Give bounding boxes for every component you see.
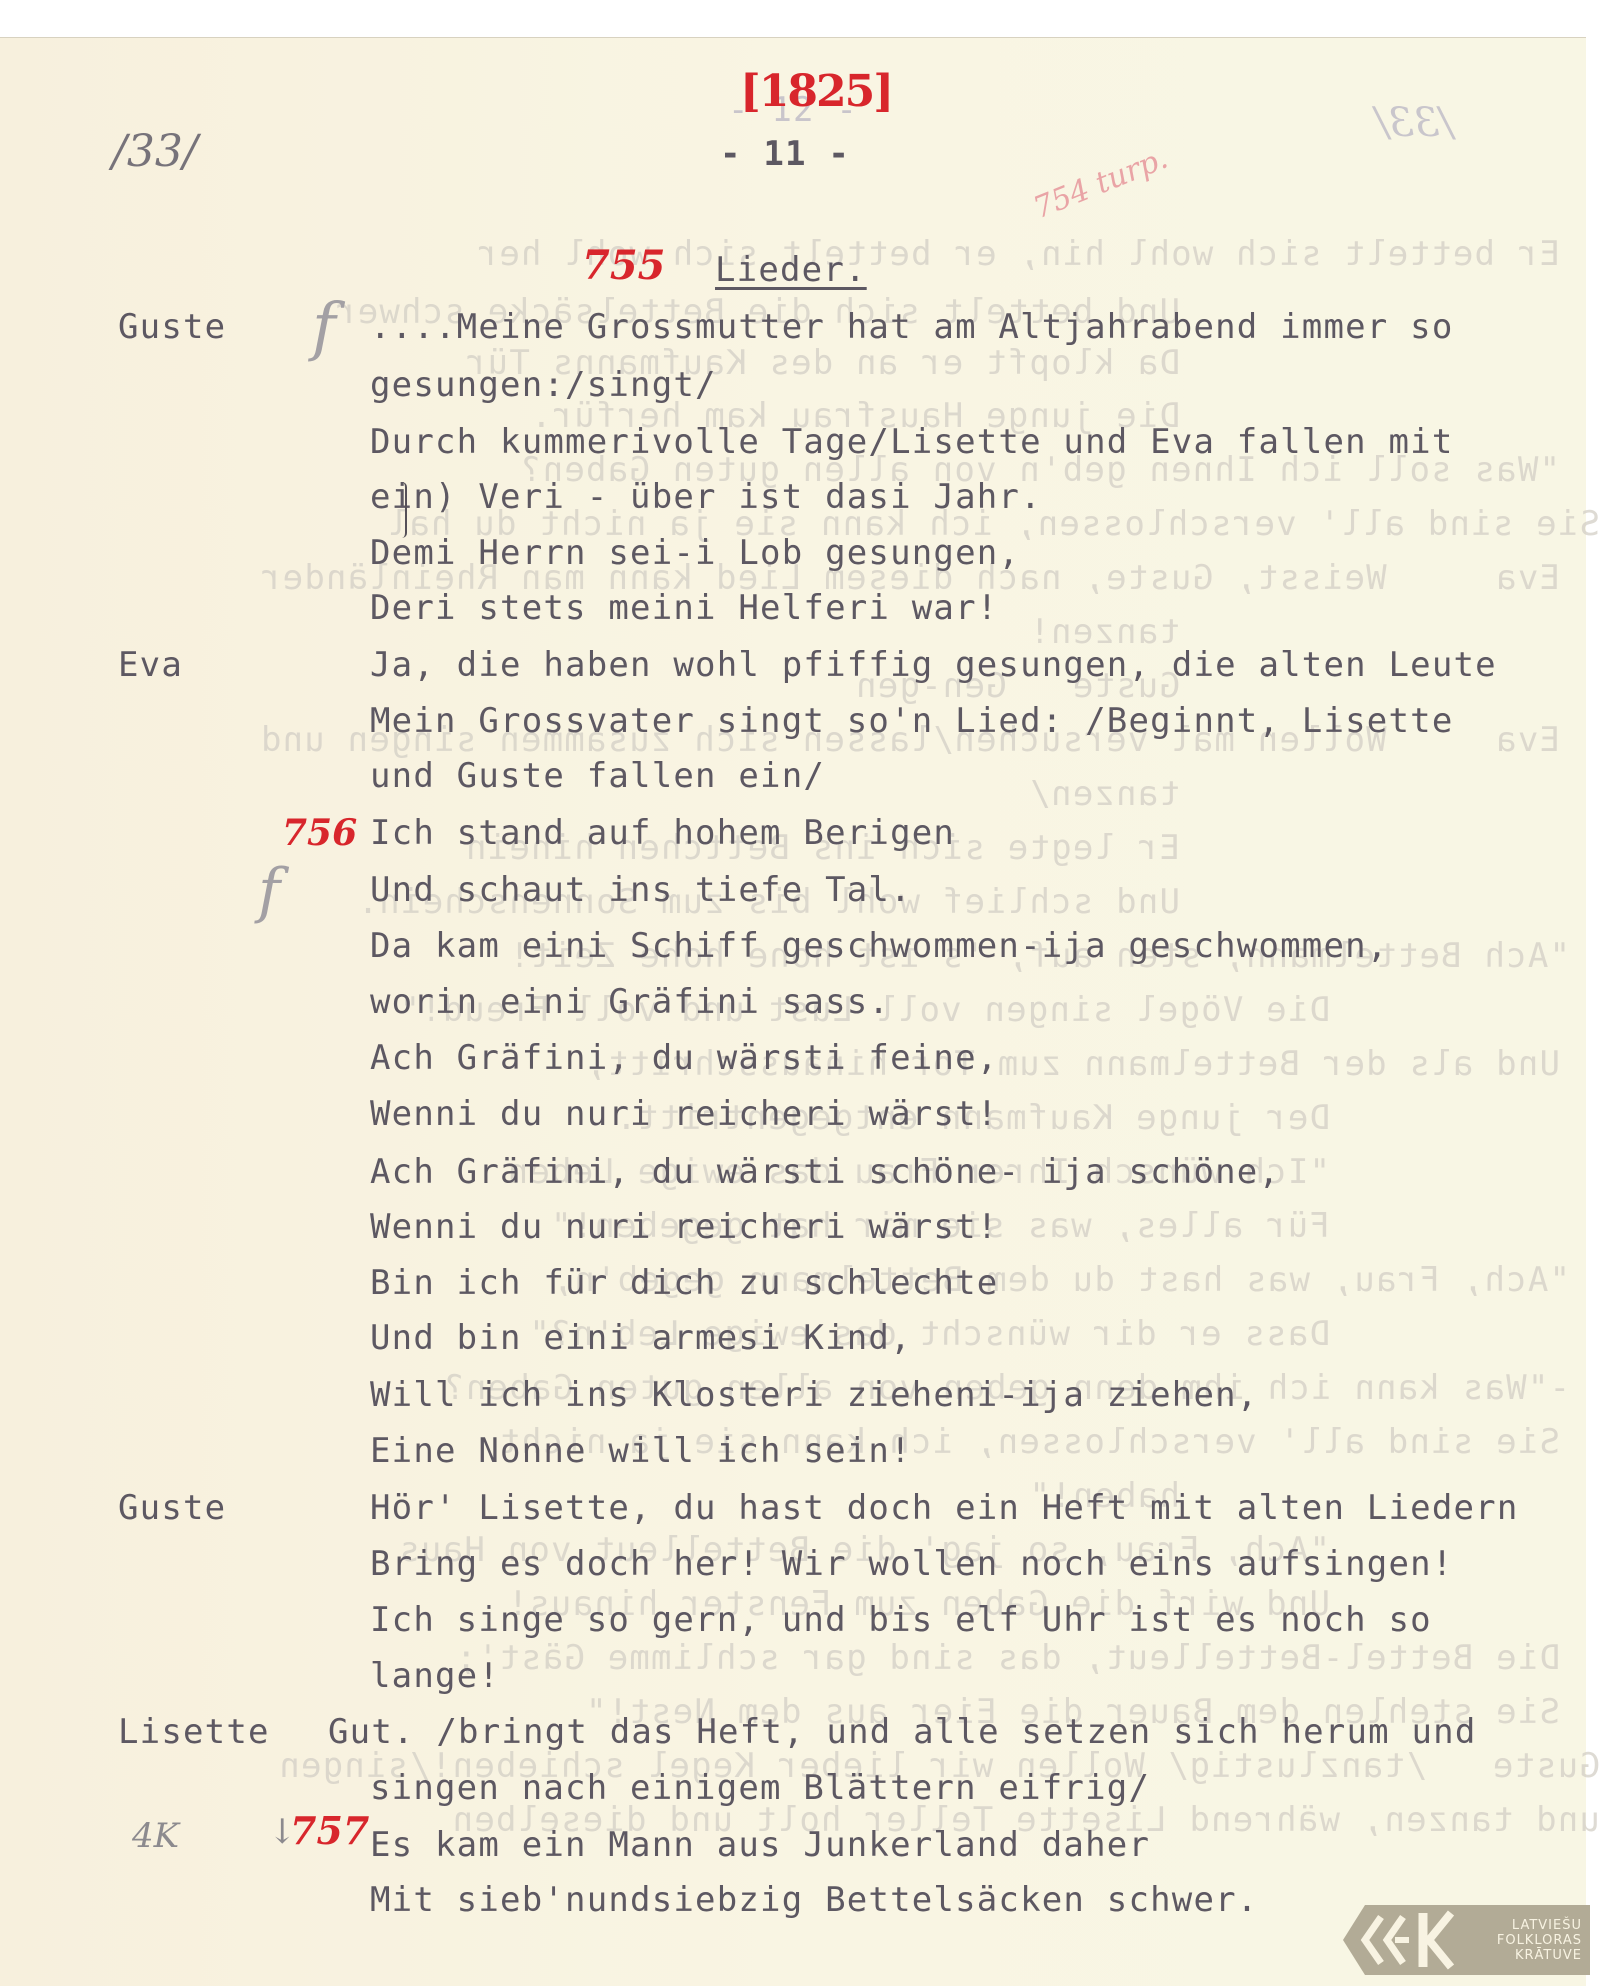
text-line: Wenni du nuri reicheri wärst! [370, 1094, 998, 1134]
text-line: gesungen:/singt/ [370, 365, 717, 405]
text-line: worin eini Gräfini sass. [370, 982, 890, 1022]
song-number: 757 [290, 1808, 369, 1853]
text-line: Gut. /bringt das Heft, und alle setzen s… [328, 1712, 1477, 1752]
text-line: Ach Gräfini, du wärsti feine, [370, 1038, 998, 1078]
text-line: Bring es doch her! Wir wollen noch eins … [370, 1544, 1454, 1584]
lfk-logo-icon [1351, 1905, 1461, 1975]
text-line: und Guste fallen ein/ [370, 756, 825, 796]
folio-number-left: /33/ [112, 126, 198, 177]
song-number: 756 [282, 812, 357, 854]
text-line: Demi Herrn sei-i Lob gesungen, [370, 533, 1020, 573]
text-line: Hör' Lisette, du hast doch ein Heft mit … [370, 1488, 1519, 1528]
pencil-mark: f [258, 856, 280, 926]
folio-number-right-mirrored: /33/ [1375, 100, 1453, 146]
logo-line: KRĀTUVE [1515, 1948, 1582, 1963]
speaker-label: Eva [118, 645, 183, 685]
logo-text: LATVIEŠU FOLKLORAS KRĀTUVE [1497, 1918, 1582, 1963]
logo-line: FOLKLORAS [1497, 1933, 1582, 1948]
text-line: ein) Veri - über ist dasi Jahr. [370, 477, 1042, 517]
text-line: ....Meine Grossmutter hat am Altjahraben… [370, 307, 1454, 347]
red-faint-note: 754 turp. [1029, 141, 1173, 226]
text-line: Ich singe so gern, und bis elf Uhr ist e… [370, 1600, 1432, 1640]
section-number: 755 [582, 242, 666, 289]
speaker-label: Lisette [118, 1712, 270, 1752]
text-line: Und schaut ins tiefe Tal. [370, 870, 912, 910]
text-line: Mit sieb'nundsiebzig Bettelsäcken schwer… [370, 1880, 1258, 1920]
speaker-label: Guste [118, 307, 226, 347]
bracket-mark [402, 482, 407, 538]
text-line: Wenni du nuri reicheri wärst! [370, 1207, 998, 1247]
text-line: Ich stand auf hohem Berigen [370, 813, 955, 853]
pencil-note-4k: 4K [132, 1816, 179, 1856]
text-line: Da kam eini Schiff geschwommen-ija gesch… [370, 926, 1388, 966]
text-line: Will ich ins Klosteri zieheni-ija ziehen… [370, 1375, 1258, 1415]
text-line: Mein Grossvater singt so'n Lied: /Beginn… [370, 701, 1454, 741]
text-line: Deri stets meini Helferi war! [370, 588, 998, 628]
text-line: Es kam ein Mann aus Junkerland daher [370, 1825, 1150, 1865]
text-line: Ach Gräfini, du wärsti schöne- ija schön… [370, 1152, 1280, 1192]
text-line: Eine Nonne will ich sein! [370, 1431, 912, 1471]
archive-logo: LATVIEŠU FOLKLORAS KRĀTUVE [1343, 1905, 1590, 1975]
ghost-line: Er bettelt sich wohl hin, er bettelt sic… [180, 234, 1560, 274]
text-line: Und bin eini armesi Kind, [370, 1318, 912, 1358]
text-line: Bin ich für dich zu schlechte [370, 1263, 998, 1303]
speaker-label: Guste [118, 1488, 226, 1528]
archive-number-red: [1825] [740, 66, 892, 117]
text-line: Durch kummerivolle Tage/Lisette und Eva … [370, 422, 1454, 462]
document-page: Er bettelt sich wohl hin, er bettelt sic… [0, 37, 1586, 1986]
text-line: Ja, die haben wohl pfiffig gesungen, die… [370, 645, 1497, 685]
page-number: - 11 - [720, 134, 850, 174]
text-line: lange! [370, 1656, 500, 1696]
pencil-mark: f [312, 290, 336, 364]
text-line: singen nach einigem Blättern eifrig/ [370, 1768, 1150, 1808]
section-title: Lieder. [715, 250, 867, 290]
logo-line: LATVIEŠU [1512, 1918, 1582, 1933]
